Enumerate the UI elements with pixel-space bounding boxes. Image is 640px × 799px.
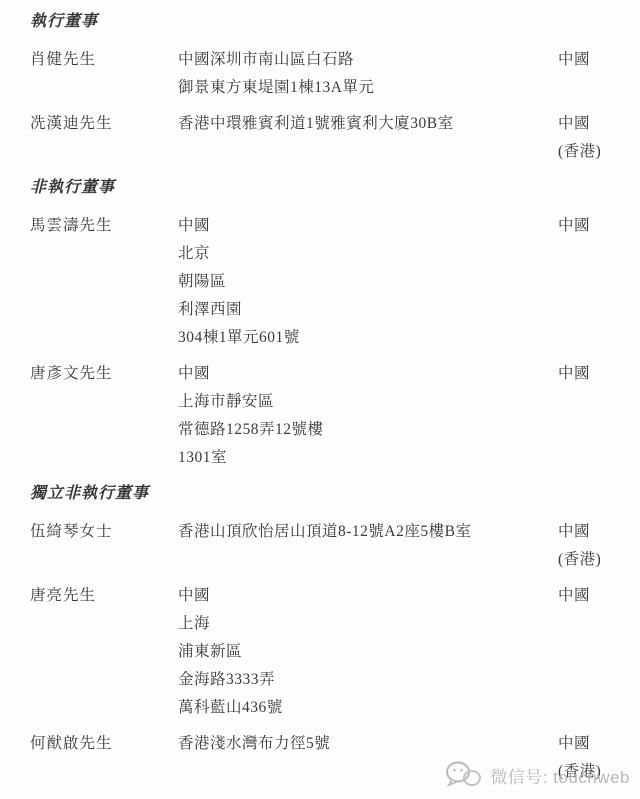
director-nationality: 中國 xyxy=(558,46,640,74)
director-row: 肖健先生中國深圳市南山區白石路御景東方東堤園1棟13A單元中國 xyxy=(30,46,640,102)
director-row: 冼漢迪先生香港中環雅賓利道1號雅賓利大廈30B室中國(香港) xyxy=(30,110,640,166)
address-line: 中國 xyxy=(178,582,558,610)
address-line: 香港淺水灣布力徑5號 xyxy=(178,730,558,758)
directors-list: 執行董事肖健先生中國深圳市南山區白石路御景東方東堤園1棟13A單元中國冼漢迪先生… xyxy=(30,8,640,786)
address-line: 御景東方東堤園1棟13A單元 xyxy=(178,74,558,102)
section-header: 獨立非執行董事 xyxy=(30,480,640,508)
address-line: 萬科藍山436號 xyxy=(178,694,558,722)
director-section: 執行董事肖健先生中國深圳市南山區白石路御景東方東堤園1棟13A單元中國冼漢迪先生… xyxy=(30,8,640,166)
director-row: 唐亮先生中國上海浦東新區金海路3333弄萬科藍山436號中國 xyxy=(30,582,640,722)
director-section: 獨立非執行董事伍綺琴女士香港山頂欣怡居山頂道8-12號A2座5樓B室中國(香港)… xyxy=(30,480,640,786)
director-row: 伍綺琴女士香港山頂欣怡居山頂道8-12號A2座5樓B室中國(香港) xyxy=(30,518,640,574)
nationality-line: (香港) xyxy=(558,138,640,166)
director-address: 中國深圳市南山區白石路御景東方東堤園1棟13A單元 xyxy=(178,46,558,102)
director-name: 唐亮先生 xyxy=(30,582,178,610)
nationality-line: (香港) xyxy=(558,546,640,574)
address-line: 中國 xyxy=(178,360,558,388)
address-line: 朝陽區 xyxy=(178,268,558,296)
address-line: 北京 xyxy=(178,240,558,268)
nationality-line: 中國 xyxy=(558,582,640,610)
address-line: 1301室 xyxy=(178,444,558,472)
director-row: 唐彥文先生中國上海市靜安區常德路1258弄12號樓1301室中國 xyxy=(30,360,640,472)
nationality-line: 中國 xyxy=(558,518,640,546)
address-line: 利澤西園 xyxy=(178,296,558,324)
director-name: 肖健先生 xyxy=(30,46,178,74)
address-line: 浦東新區 xyxy=(178,638,558,666)
nationality-line: 中國 xyxy=(558,110,640,138)
director-address: 中國上海浦東新區金海路3333弄萬科藍山436號 xyxy=(178,582,558,722)
address-line: 上海 xyxy=(178,610,558,638)
nationality-line: 中國 xyxy=(558,212,640,240)
director-nationality: 中國(香港) xyxy=(558,730,640,786)
address-line: 常德路1258弄12號樓 xyxy=(178,416,558,444)
section-header: 非執行董事 xyxy=(30,174,640,202)
director-row: 何猷啟先生香港淺水灣布力徑5號中國(香港) xyxy=(30,730,640,786)
nationality-line: 中國 xyxy=(558,730,640,758)
director-address: 香港淺水灣布力徑5號 xyxy=(178,730,558,758)
nationality-line: 中國 xyxy=(558,360,640,388)
director-nationality: 中國 xyxy=(558,582,640,610)
director-nationality: 中國(香港) xyxy=(558,518,640,574)
director-nationality: 中國 xyxy=(558,212,640,240)
director-name: 伍綺琴女士 xyxy=(30,518,178,546)
address-line: 上海市靜安區 xyxy=(178,388,558,416)
address-line: 香港中環雅賓利道1號雅賓利大廈30B室 xyxy=(178,110,558,138)
nationality-line: 中國 xyxy=(558,46,640,74)
address-line: 304棟1單元601號 xyxy=(178,324,558,352)
director-name: 唐彥文先生 xyxy=(30,360,178,388)
director-address: 香港中環雅賓利道1號雅賓利大廈30B室 xyxy=(178,110,558,138)
section-header: 執行董事 xyxy=(30,8,640,36)
address-line: 中國 xyxy=(178,212,558,240)
director-name: 馬雲濤先生 xyxy=(30,212,178,240)
director-address: 中國北京朝陽區利澤西園304棟1單元601號 xyxy=(178,212,558,352)
address-line: 金海路3333弄 xyxy=(178,666,558,694)
director-section: 非執行董事馬雲濤先生中國北京朝陽區利澤西園304棟1單元601號中國唐彥文先生中… xyxy=(30,174,640,472)
director-nationality: 中國 xyxy=(558,360,640,388)
directors-address-page: 執行董事肖健先生中國深圳市南山區白石路御景東方東堤園1棟13A單元中國冼漢迪先生… xyxy=(0,0,640,799)
director-name: 冼漢迪先生 xyxy=(30,110,178,138)
director-row: 馬雲濤先生中國北京朝陽區利澤西園304棟1單元601號中國 xyxy=(30,212,640,352)
director-name: 何猷啟先生 xyxy=(30,730,178,758)
director-address: 香港山頂欣怡居山頂道8-12號A2座5樓B室 xyxy=(178,518,558,546)
address-line: 香港山頂欣怡居山頂道8-12號A2座5樓B室 xyxy=(178,518,558,546)
address-line: 中國深圳市南山區白石路 xyxy=(178,46,558,74)
nationality-line: (香港) xyxy=(558,758,640,786)
director-address: 中國上海市靜安區常德路1258弄12號樓1301室 xyxy=(178,360,558,472)
director-nationality: 中國(香港) xyxy=(558,110,640,166)
